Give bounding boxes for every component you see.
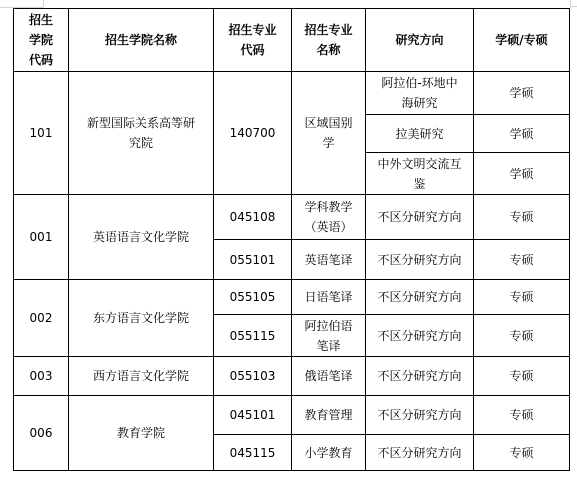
major-name-text: 小学教育	[304, 443, 352, 463]
cell-major-name: 教育管理	[292, 396, 366, 435]
college-name-text: 新型国际关系高等研究院	[85, 113, 198, 153]
cell-major-code: 055105	[214, 280, 292, 315]
spreadsheet-gridline-top-left-v	[43, 0, 44, 7]
major-name-text: 日语笔译	[304, 287, 352, 307]
research-direction-text: 不区分研究方向	[377, 405, 461, 425]
header-major-name-label: 招生专业名称	[303, 20, 355, 60]
admissions-table: 招生学院代码 招生学院名称 招生专业代码 招生专业名称 研究方向 学硕/专硕 1…	[13, 8, 570, 471]
research-direction-text: 不区分研究方向	[377, 287, 461, 307]
cell-degree-type: 专硕	[474, 280, 570, 315]
college-name-text: 西方语言文化学院	[93, 366, 189, 386]
research-direction-text: 不区分研究方向	[377, 366, 461, 386]
cell-major-name: 小学教育	[292, 435, 366, 471]
header-major-code: 招生专业代码	[214, 9, 292, 72]
spreadsheet-gridline-top-right-h	[570, 6, 577, 7]
cell-degree-type: 专硕	[474, 396, 570, 435]
cell-research-direction: 不区分研究方向	[366, 315, 474, 357]
header-research-direction: 研究方向	[366, 9, 474, 72]
cell-research-direction: 不区分研究方向	[366, 357, 474, 396]
table-row: 001 英语语言文化学院 045108 学科教学（英语） 不区分研究方向 专硕	[14, 195, 570, 240]
cell-research-direction: 不区分研究方向	[366, 195, 474, 240]
header-row: 招生学院代码 招生学院名称 招生专业代码 招生专业名称 研究方向 学硕/专硕	[14, 9, 570, 72]
cell-research-direction: 不区分研究方向	[366, 396, 474, 435]
cell-degree-type: 专硕	[474, 435, 570, 471]
cell-college-name: 东方语言文化学院	[69, 280, 214, 357]
table-row: 003 西方语言文化学院 055103 俄语笔译 不区分研究方向 专硕	[14, 357, 570, 396]
header-degree-type-label: 学硕/专硕	[495, 33, 547, 47]
major-name-text: 阿拉伯语笔译	[303, 316, 355, 356]
cell-college-code: 006	[14, 396, 69, 471]
header-research-direction-label: 研究方向	[395, 33, 443, 47]
major-name-text: 教育管理	[304, 405, 352, 425]
header-college-name-label: 招生学院名称	[105, 33, 177, 47]
header-major-name: 招生专业名称	[292, 9, 366, 72]
cell-research-direction: 拉美研究	[366, 115, 474, 153]
cell-research-direction: 不区分研究方向	[366, 240, 474, 280]
cell-college-name: 西方语言文化学院	[69, 357, 214, 396]
header-college-name: 招生学院名称	[69, 9, 214, 72]
cell-research-direction: 不区分研究方向	[366, 435, 474, 471]
college-name-text: 英语语言文化学院	[93, 227, 189, 247]
cell-major-name: 区域国别学	[292, 72, 366, 195]
cell-major-code: 140700	[214, 72, 292, 195]
cell-college-code: 101	[14, 72, 69, 195]
header-college-code-label: 招生学院代码	[27, 10, 56, 70]
cell-major-code: 055101	[214, 240, 292, 280]
cell-research-direction: 阿拉伯-环地中海研究	[366, 72, 474, 115]
research-direction-text: 不区分研究方向	[377, 207, 461, 227]
header-college-code: 招生学院代码	[14, 9, 69, 72]
cell-degree-type: 专硕	[474, 195, 570, 240]
research-direction-text: 不区分研究方向	[377, 326, 461, 346]
research-direction-text: 阿拉伯-环地中海研究	[376, 73, 462, 113]
table-row: 101 新型国际关系高等研究院 140700 区域国别学 阿拉伯-环地中海研究 …	[14, 72, 570, 115]
table-row: 002 东方语言文化学院 055105 日语笔译 不区分研究方向 专硕	[14, 280, 570, 315]
cell-degree-type: 专硕	[474, 357, 570, 396]
cell-major-code: 045108	[214, 195, 292, 240]
college-name-text: 教育学院	[117, 423, 165, 443]
research-direction-text: 中外文明交流互鉴	[376, 154, 462, 194]
cell-major-code: 055103	[214, 357, 292, 396]
cell-college-code: 002	[14, 280, 69, 357]
cell-college-name: 教育学院	[69, 396, 214, 471]
cell-major-code: 045101	[214, 396, 292, 435]
major-name-text: 俄语笔译	[304, 366, 352, 386]
cell-degree-type: 学硕	[474, 153, 570, 195]
cell-degree-type: 专硕	[474, 315, 570, 357]
major-name-text: 区域国别学	[303, 113, 355, 153]
cell-research-direction: 中外文明交流互鉴	[366, 153, 474, 195]
cell-major-code: 045115	[214, 435, 292, 471]
research-direction-text: 拉美研究	[395, 124, 443, 144]
cell-major-name: 俄语笔译	[292, 357, 366, 396]
cell-degree-type: 学硕	[474, 115, 570, 153]
page: 招生学院代码 招生学院名称 招生专业代码 招生专业名称 研究方向 学硕/专硕 1…	[0, 0, 577, 480]
major-name-text: 英语笔译	[304, 250, 352, 270]
cell-degree-type: 专硕	[474, 240, 570, 280]
cell-college-name: 新型国际关系高等研究院	[69, 72, 214, 195]
cell-college-code: 003	[14, 357, 69, 396]
table-row: 006 教育学院 045101 教育管理 不区分研究方向 专硕	[14, 396, 570, 435]
header-degree-type: 学硕/专硕	[474, 9, 570, 72]
cell-degree-type: 学硕	[474, 72, 570, 115]
cell-major-name: 日语笔译	[292, 280, 366, 315]
cell-college-name: 英语语言文化学院	[69, 195, 214, 280]
header-major-code-label: 招生专业代码	[227, 20, 279, 60]
cell-major-code: 055115	[214, 315, 292, 357]
major-name-text: 学科教学（英语）	[303, 197, 355, 237]
cell-college-code: 001	[14, 195, 69, 280]
cell-major-name: 英语笔译	[292, 240, 366, 280]
cell-major-name: 学科教学（英语）	[292, 195, 366, 240]
cell-major-name: 阿拉伯语笔译	[292, 315, 366, 357]
cell-research-direction: 不区分研究方向	[366, 280, 474, 315]
research-direction-text: 不区分研究方向	[377, 443, 461, 463]
research-direction-text: 不区分研究方向	[377, 250, 461, 270]
college-name-text: 东方语言文化学院	[93, 308, 189, 328]
